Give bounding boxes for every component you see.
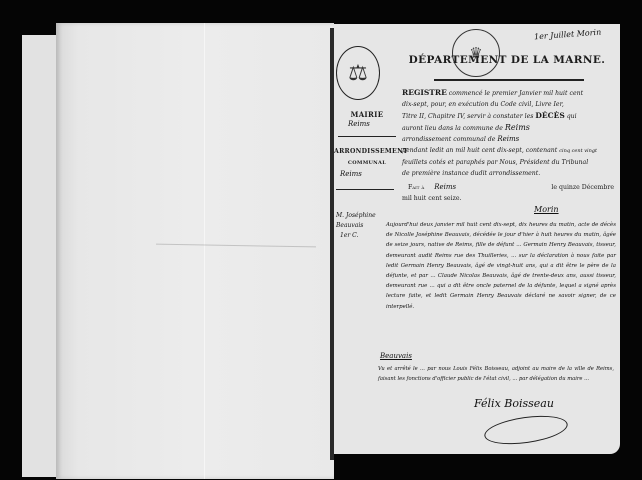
mairie-value: Reims — [348, 120, 370, 128]
fait-place: Reims — [434, 183, 456, 191]
preamble-line: pendant ledit an mil huit cent dix-sept,… — [402, 147, 557, 154]
preamble-line: auront lieu dans la commune de — [402, 125, 503, 132]
top-annotation: 1er Juillet Morin — [534, 28, 602, 42]
mention-name: Beauvais — [380, 352, 412, 360]
feuillets-handwritten: cinq cent vingt — [559, 148, 597, 154]
arrondissement-value: Reims — [340, 170, 362, 178]
entry-margin-note-2: Beauvais — [336, 222, 363, 229]
entry-margin-note-1: M. Joséphine — [336, 212, 376, 219]
preamble-line: qui — [567, 113, 577, 120]
mention-text: Vu et arrêté le ... par nous Louis Félix… — [378, 364, 614, 384]
mairie-label: MAIRIE — [334, 110, 400, 119]
fait-a-line: Fait à Reims le quinze Décembre mil huit… — [408, 182, 614, 215]
death-record-entry: Aujourd'hui deux janvier mil huit cent d… — [386, 220, 616, 312]
signature-flourish — [483, 411, 570, 448]
communal-label: COMMUNAL — [334, 160, 400, 166]
preamble-line: commencé le premier Janvier mil huit cen… — [449, 90, 583, 97]
paper-fold — [204, 23, 205, 479]
preamble-line: dix-sept, pour, en exécution du Code civ… — [402, 99, 614, 110]
deces-word: DÉCÈS — [535, 111, 564, 120]
registre-word: REGISTRE — [402, 88, 447, 97]
arrondissement-handwritten: Reims — [497, 135, 519, 143]
department-header: DÉPARTEMENT DE LA MARNE. — [402, 54, 612, 66]
president-signature: Morin — [534, 204, 614, 215]
officer-signature: Félix Boisseau — [474, 397, 554, 410]
margin-divider — [336, 189, 394, 190]
margin-divider — [338, 136, 396, 137]
entry-margin-note-3: 1er C. — [340, 232, 358, 239]
preamble-line: de première instance dudit arrondissemen… — [402, 168, 614, 179]
paper-crease — [156, 244, 316, 248]
commune-handwritten: Reims — [505, 123, 530, 132]
fait-date: le quinze Décembre — [551, 182, 614, 193]
header-divider — [434, 79, 584, 81]
preamble-line: Titre II, Chapitre IV, servir à constate… — [402, 113, 533, 120]
fait-year: mil huit cent seize. — [402, 193, 614, 204]
register-preamble: REGISTRE commencé le premier Janvier mil… — [402, 87, 614, 179]
arrondissement-label: ARRONDISSEMENT — [334, 148, 400, 155]
fait-label: Fait à — [408, 184, 424, 191]
preamble-line: feuillets cotés et paraphés par Nous, Pr… — [402, 157, 614, 168]
preamble-line: arrondissement communal de — [402, 136, 495, 143]
right-page-register: ⚖ ♛ 1er Juillet Morin DÉPARTEMENT DE LA … — [334, 24, 620, 454]
left-page-blank — [56, 23, 334, 479]
allegorical-figure-medallion-icon: ⚖ — [336, 46, 380, 100]
crowned-seal-stamp-icon: ♛ — [452, 29, 500, 77]
